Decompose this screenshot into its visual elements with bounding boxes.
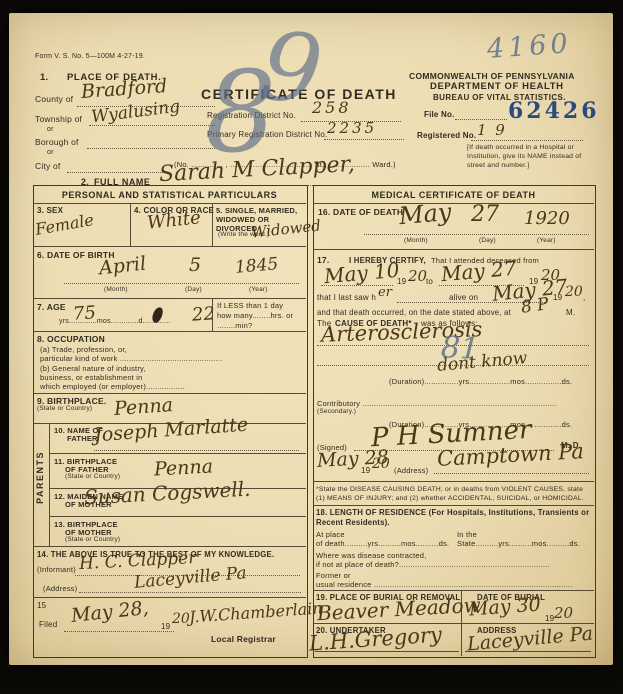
last-saw-prefix: that I last saw h bbox=[317, 293, 376, 302]
birth-day-caption: (Day) bbox=[185, 286, 202, 293]
local-registrar-label: Local Registrar bbox=[211, 634, 276, 644]
death-month-caption: (Month) bbox=[404, 237, 428, 244]
parents-group-label: PARENTS bbox=[35, 451, 45, 504]
age-label: 7. AGE bbox=[37, 302, 66, 312]
registered-no-value: 1 9 bbox=[477, 121, 507, 139]
residence-in-the: In the bbox=[457, 530, 477, 539]
rule bbox=[313, 249, 594, 250]
death-year-value: 1920 bbox=[524, 208, 570, 229]
or-label: or bbox=[47, 149, 54, 156]
burial-year-hand: 20 bbox=[554, 604, 573, 622]
or-label: or bbox=[47, 126, 54, 133]
father-birthplace-hint: (State or Country) bbox=[65, 473, 120, 480]
occupation-b2: business, or establishment in bbox=[40, 373, 143, 382]
rule bbox=[64, 631, 174, 632]
sex-label: 3. SEX bbox=[37, 206, 63, 215]
death-year-caption: (Year) bbox=[537, 237, 556, 244]
rule bbox=[49, 516, 306, 517]
city-label: City of bbox=[35, 161, 61, 171]
rule bbox=[89, 125, 215, 126]
registration-district-value: 258 bbox=[312, 98, 352, 117]
rule bbox=[455, 119, 507, 120]
birthplace-hint: (State or Country) bbox=[37, 405, 92, 412]
primary-registration-value: 2235 bbox=[327, 119, 377, 137]
residence-at-place-1: At place bbox=[316, 530, 345, 539]
filed-section-number: 15 bbox=[37, 601, 46, 610]
sign-address-label: (Address) bbox=[394, 466, 428, 475]
rule bbox=[313, 505, 594, 506]
occupation-b1: (b) General nature of industry, bbox=[40, 364, 146, 373]
residence-at-place-2: of death..........yrs..........mos......… bbox=[316, 539, 449, 548]
birth-month-caption: (Month) bbox=[104, 286, 128, 293]
form-number: Form V. S. No. 5—100M 4-27-19. bbox=[35, 53, 145, 60]
rule bbox=[67, 172, 165, 173]
residence-state-line: State..........yrs..........mos.........… bbox=[457, 539, 580, 548]
pencil-file-annotation: 4160 bbox=[486, 32, 572, 62]
rule bbox=[465, 651, 591, 652]
rule bbox=[315, 651, 459, 652]
from-year-printed: 19 bbox=[397, 277, 406, 286]
personal-section-title: PERSONAL AND STATISTICAL PARTICULARS bbox=[33, 190, 306, 200]
date-of-death-label: 16. DATE OF DEATH bbox=[318, 207, 403, 217]
duration-label: (Duration)...............yrs............… bbox=[389, 377, 572, 386]
birth-year-value: 1845 bbox=[234, 254, 279, 278]
rule bbox=[434, 473, 589, 474]
rule bbox=[33, 597, 306, 598]
registered-no-label: Registered No. bbox=[417, 131, 476, 140]
filed-year-hand: 20 bbox=[172, 611, 190, 627]
informant-address-label: (Address) bbox=[43, 584, 77, 593]
hospital-note: [If death occurred in a Hospital or Inst… bbox=[467, 144, 599, 170]
sign-year-printed: 19 bbox=[361, 466, 370, 475]
residence-contracted-2: if not at place of death?...............… bbox=[316, 560, 550, 569]
residence-former-1: Former or bbox=[316, 571, 351, 580]
birthplace-value: Penna bbox=[113, 394, 173, 420]
occupation-b3: which employed (or employer)............… bbox=[40, 382, 185, 391]
mother-birthplace-hint: (State or Country) bbox=[65, 536, 120, 543]
sign-year-hand: 20 bbox=[372, 456, 390, 472]
certificate-paper: Form V. S. No. 5—100M 4-27-19. 1. PLACE … bbox=[9, 13, 613, 665]
burial-year-printed: 19 bbox=[545, 614, 554, 623]
rule bbox=[33, 331, 306, 332]
borough-label: Borough of bbox=[35, 137, 79, 147]
filed-year-printed: 19 bbox=[161, 622, 170, 631]
age-less-line1: If LESS than 1 day bbox=[217, 301, 283, 310]
rule bbox=[49, 453, 306, 454]
rule bbox=[33, 246, 306, 247]
rule bbox=[313, 481, 594, 482]
to-label: to bbox=[426, 277, 433, 286]
father-name-label2: FATHER bbox=[67, 434, 98, 443]
father-birthplace-value: Penna bbox=[153, 455, 213, 480]
rule bbox=[49, 423, 50, 546]
rule bbox=[313, 203, 594, 204]
rule bbox=[364, 234, 589, 235]
rule bbox=[79, 592, 301, 593]
last-saw-hand-er: er bbox=[378, 285, 392, 300]
birth-year-caption: (Year) bbox=[249, 286, 268, 293]
medical-section-title: MEDICAL CERTIFICATE OF DEATH bbox=[313, 190, 594, 200]
residence-label: 18. LENGTH OF RESIDENCE (For Hospitals, … bbox=[316, 508, 590, 527]
rule bbox=[313, 590, 594, 591]
death-day-caption: (Day) bbox=[479, 237, 496, 244]
rule bbox=[33, 546, 306, 547]
file-no-stamp: 62426 bbox=[508, 98, 600, 124]
death-month-value: May bbox=[398, 198, 453, 230]
township-label: Township of bbox=[35, 114, 82, 124]
rule bbox=[94, 450, 299, 451]
age-less-line3: ........min? bbox=[217, 321, 252, 330]
rule bbox=[33, 298, 306, 299]
rule bbox=[87, 148, 215, 149]
meridiem-label: M. bbox=[566, 308, 575, 317]
rule bbox=[212, 298, 213, 331]
rule bbox=[324, 139, 404, 140]
occupation-a2: particular kind of work ................… bbox=[40, 354, 223, 363]
rule bbox=[64, 283, 299, 284]
saw-comma: , bbox=[583, 293, 585, 302]
death-hour-hand: 8 P bbox=[520, 294, 550, 318]
occupation-label: 8. OCCUPATION bbox=[37, 334, 105, 344]
death-occurred-line: and that death occurred, on the date sta… bbox=[317, 308, 511, 317]
rule bbox=[130, 203, 131, 246]
alive-on-label: alive on bbox=[449, 293, 478, 302]
rule bbox=[471, 140, 583, 141]
occupation-a1: (a) Trade, profession, or, bbox=[40, 345, 127, 354]
saw-year-hand: 20 bbox=[565, 284, 583, 300]
pencil-scrawl-9: 9 bbox=[256, 24, 326, 116]
file-no-label: File No. bbox=[424, 110, 455, 119]
rule bbox=[33, 203, 306, 204]
from-year-hand: 20 bbox=[408, 267, 427, 285]
cause-footnote: *State the DISEASE CAUSING DEATH; or in … bbox=[316, 485, 591, 503]
age-years-value: 75 bbox=[72, 302, 96, 325]
filed-label: Filed bbox=[39, 620, 57, 629]
birth-day-value: 5 bbox=[189, 254, 201, 276]
section1-number: 1. bbox=[40, 72, 48, 83]
residence-contracted-1: Where was disease contracted, bbox=[316, 551, 426, 560]
informant-label: (Informant) bbox=[37, 565, 76, 574]
secondary-label: (Secondary.) bbox=[317, 408, 356, 415]
county-label: County of bbox=[35, 94, 73, 104]
contributory-label: Contributory ...........................… bbox=[317, 399, 557, 408]
death-day-value: 27 bbox=[471, 202, 499, 227]
age-less-line2: how many........hrs. or bbox=[217, 311, 293, 320]
saw-year-printed: 19 bbox=[553, 293, 562, 302]
commonwealth-line2: DEPARTMENT OF HEALTH bbox=[430, 81, 564, 92]
commonwealth-line1: COMMONWEALTH OF PENNSYLVANIA bbox=[409, 71, 575, 81]
residence-former-2: usual residence ........................… bbox=[316, 580, 573, 589]
